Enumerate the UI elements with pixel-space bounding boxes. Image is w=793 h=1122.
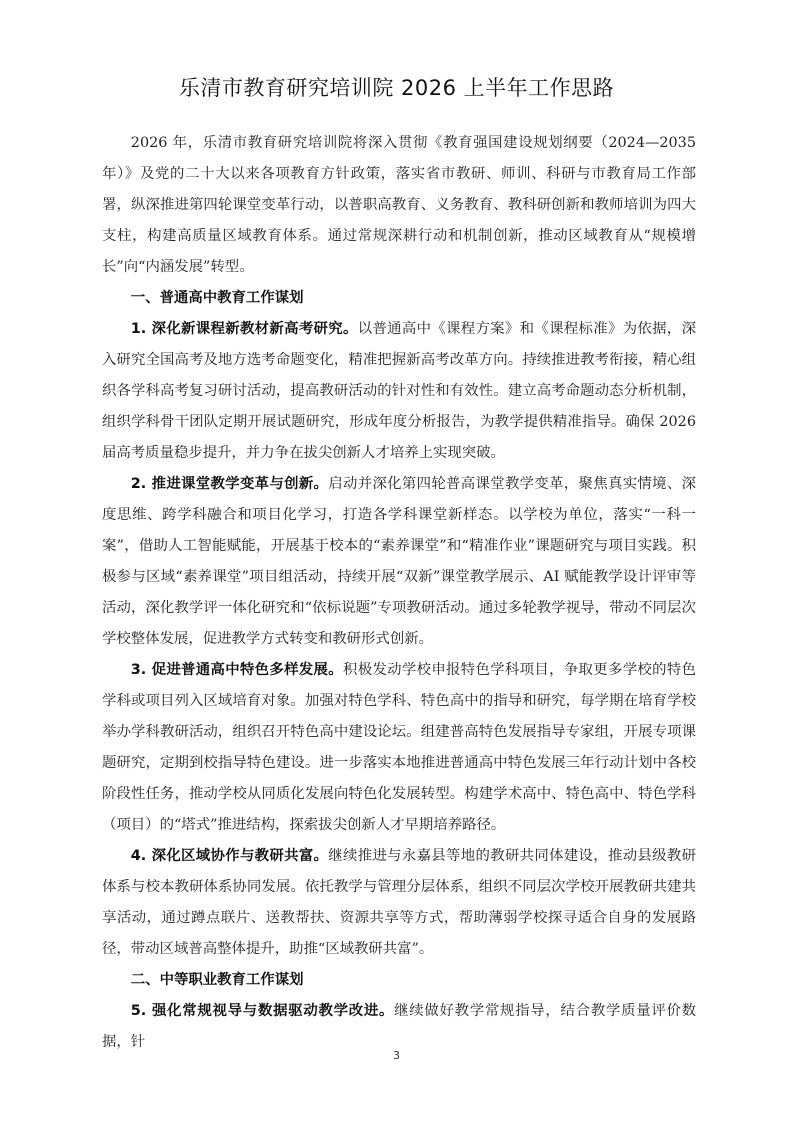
item-text-3: 积极发动学校申报特色学科项目，争取更多学校的特色学科或项目列入区域培育对象。加强… xyxy=(102,662,696,833)
section-heading-vocational: 二、中等职业教育工作谋划 xyxy=(102,965,696,996)
item-text-4: 继续推进与永嘉县等地的教研共同体建设，推动县级教研体系与校本教研体系协同发展。依… xyxy=(102,848,696,957)
item-paragraph-1: 1. 深化新课程新教材新高考研究。以普通高中《课程方案》和《课程标准》为依据，深… xyxy=(102,314,696,469)
item-text-2: 启动并深化第四轮普高课堂教学变革，聚焦真实情境、深度思维、跨学科融合和项目化学习… xyxy=(102,476,696,647)
item-lead-5: 5. 强化常规视导与数据驱动教学改进。 xyxy=(131,1003,394,1019)
item-paragraph-4: 4. 深化区域协作与教研共富。继续推进与永嘉县等地的教研共同体建设，推动县级教研… xyxy=(102,841,696,965)
intro-paragraph: 2026 年，乐清市教育研究培训院将深入贯彻《教育强国建设规划纲要（2024—2… xyxy=(102,128,696,283)
page-number: 3 xyxy=(0,1049,793,1062)
document-title: 乐清市教育研究培训院 2026 上半年工作思路 xyxy=(0,72,793,102)
document-body: 2026 年，乐清市教育研究培训院将深入贯彻《教育强国建设规划纲要（2024—2… xyxy=(102,128,696,1058)
item-paragraph-3: 3. 促进普通高中特色多样发展。积极发动学校申报特色学科项目，争取更多学校的特色… xyxy=(102,655,696,841)
document-page: 乐清市教育研究培训院 2026 上半年工作思路 2026 年，乐清市教育研究培训… xyxy=(0,0,793,1122)
section-heading-general-high-school: 一、普通高中教育工作谋划 xyxy=(102,283,696,314)
item-text-1: 以普通高中《课程方案》和《课程标准》为依据，深入研究全国高考及地方选考命题变化，… xyxy=(102,321,696,461)
item-lead-1: 1. 深化新课程新教材新高考研究。 xyxy=(131,321,358,337)
item-lead-2: 2. 推进课堂教学变革与创新。 xyxy=(131,476,328,492)
item-lead-4: 4. 深化区域协作与教研共富。 xyxy=(131,848,328,864)
item-lead-3: 3. 促进普通高中特色多样发展。 xyxy=(131,662,343,678)
item-paragraph-2: 2. 推进课堂教学变革与创新。启动并深化第四轮普高课堂教学变革，聚焦真实情境、深… xyxy=(102,469,696,655)
